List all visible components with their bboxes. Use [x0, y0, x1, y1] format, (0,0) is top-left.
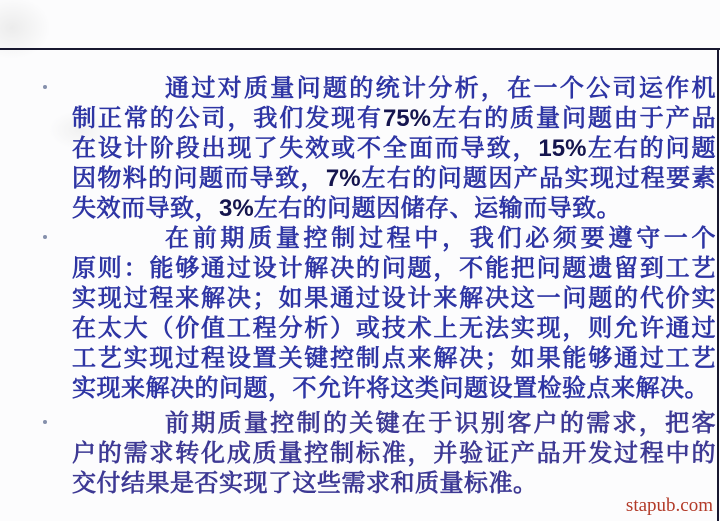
- para-key-of-early-control: 前期质量控制的关键在于识别客户的需求，把客户的需求转化成质量控制标准，并验证产品…: [72, 409, 716, 499]
- text-segment: 原则：能够通过设计解决的问题，不能把问题遗留到工艺: [72, 256, 716, 282]
- text-segment: 制正常的公司，我们发现有: [72, 106, 383, 132]
- text-segment: 实现来解决的问题，不允许将这类问题设置检验点来解决。: [72, 376, 709, 402]
- text-segment: 在太大（价值工程分析）或技术上无法实现，则允许通过: [72, 316, 716, 342]
- para-control-principle: 在前期质量控制过程中，我们必须要遵守一个原则：能够通过设计解决的问题，不能把问题…: [72, 224, 716, 404]
- bullet-dot: [43, 85, 47, 89]
- para-quality-statistics: 通过对质量问题的统计分析，在一个公司运作机制正常的公司，我们发现有75%左右的质…: [72, 74, 716, 224]
- watermark: stapub.com: [626, 495, 713, 517]
- percentage-emphasis: 15%: [538, 135, 586, 162]
- text-line: 工艺实现过程设置关键控制点来解决；如果能够通过工艺: [72, 344, 716, 374]
- text-segment: 工艺实现过程设置关键控制点来解决；如果能够通过工艺: [72, 346, 716, 372]
- text-segment: 前期质量控制的关键在于识别客户的需求，把客: [165, 411, 716, 437]
- text-line: 交付结果是否实现了这些需求和质量标准。: [72, 469, 716, 499]
- slide-top-border: [0, 48, 720, 50]
- slide-right-border: [717, 48, 719, 521]
- text-segment: 左右的问题因储存、运输而导致。: [254, 196, 622, 222]
- text-line: 在设计阶段出现了失效或不全面而导致，15%左右的问题: [72, 134, 716, 164]
- bullet-dot: [43, 235, 47, 239]
- percentage-emphasis: 7%: [326, 165, 361, 192]
- text-line: 因物料的问题而导致，7%左右的问题因产品实现过程要素: [72, 164, 716, 194]
- text-segment: 实现过程来解决；如果通过设计来解决这一问题的代价实: [72, 286, 716, 312]
- text-segment: 左右的问题因产品实现过程要素: [361, 166, 716, 192]
- text-line: 通过对质量问题的统计分析，在一个公司运作机: [72, 74, 716, 104]
- text-line: 失效而导致，3%左右的问题因储存、运输而导致。: [72, 194, 716, 224]
- text-line: 在前期质量控制过程中，我们必须要遵守一个: [72, 224, 716, 254]
- text-segment: 在设计阶段出现了失效或不全面而导致，: [72, 136, 538, 162]
- slide-body: 通过对质量问题的统计分析，在一个公司运作机制正常的公司，我们发现有75%左右的质…: [72, 74, 716, 499]
- text-segment: 交付结果是否实现了这些需求和质量标准。: [72, 471, 538, 497]
- percentage-emphasis: 3%: [219, 195, 254, 222]
- text-line: 在太大（价值工程分析）或技术上无法实现，则允许通过: [72, 314, 716, 344]
- text-line: 前期质量控制的关键在于识别客户的需求，把客: [72, 409, 716, 439]
- bullet-dot: [43, 420, 47, 424]
- text-segment: 左右的质量问题由于产品: [431, 106, 716, 132]
- text-line: 实现过程来解决；如果通过设计来解决这一问题的代价实: [72, 284, 716, 314]
- percentage-emphasis: 75%: [383, 105, 431, 132]
- text-segment: 通过对质量问题的统计分析，在一个公司运作机: [165, 76, 716, 102]
- text-line: 原则：能够通过设计解决的问题，不能把问题遗留到工艺: [72, 254, 716, 284]
- text-line: 户的需求转化成质量控制标准，并验证产品开发过程中的: [72, 439, 716, 469]
- text-segment: 失效而导致，: [72, 196, 219, 222]
- text-segment: 户的需求转化成质量控制标准，并验证产品开发过程中的: [72, 441, 716, 467]
- text-segment: 左右的问题: [586, 136, 716, 162]
- text-line: 实现来解决的问题，不允许将这类问题设置检验点来解决。: [72, 374, 716, 404]
- text-segment: 因物料的问题而导致，: [72, 166, 326, 192]
- text-segment: 在前期质量控制过程中，我们必须要遵守一个: [165, 226, 716, 252]
- text-line: 制正常的公司，我们发现有75%左右的质量问题由于产品: [72, 104, 716, 134]
